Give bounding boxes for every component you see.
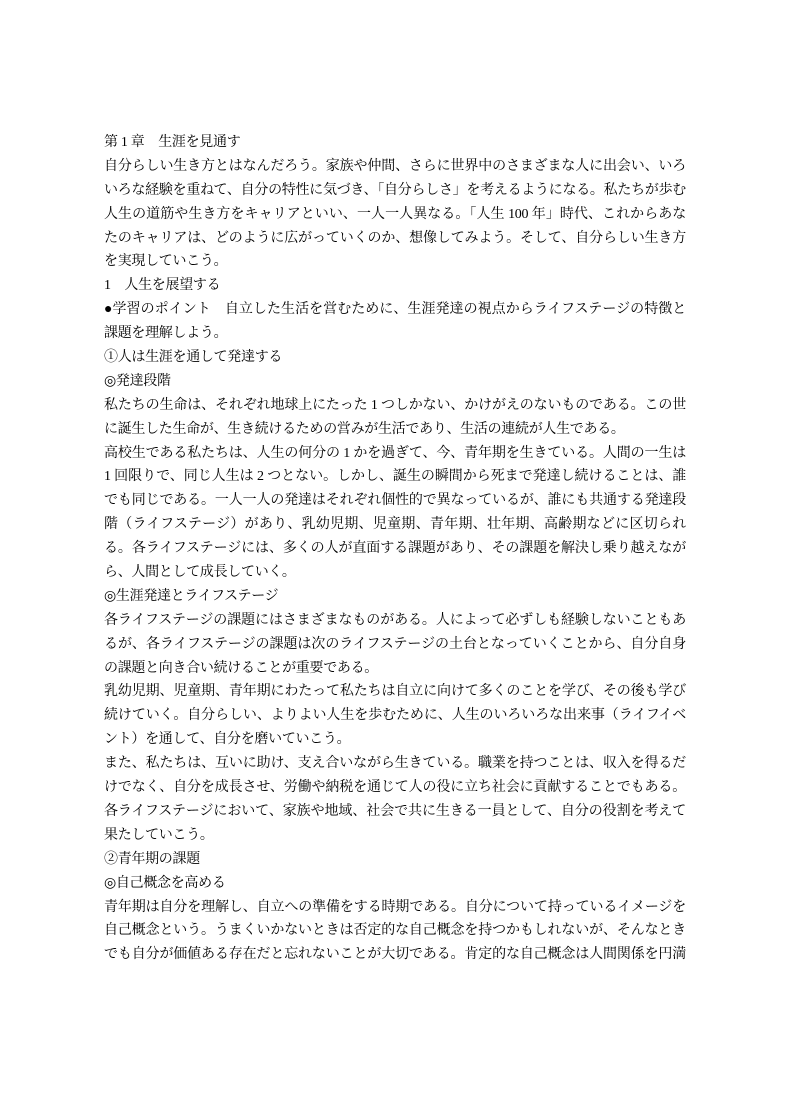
subsection-heading-1: ①人は生涯を通して発達する — [104, 346, 686, 370]
self-concept-paragraph: 青年期は自分を理解し、自立への準備をする時期である。自分について持っているイメー… — [104, 896, 686, 968]
text-line: ント）を通して、自分を磨いていこう。 — [104, 728, 686, 752]
life-paragraph: 私たちの生命は、それぞれ地球上にたった 1 つしかない、かけがえのないものである… — [104, 394, 686, 442]
topic-heading-self-concept: ◎自己概念を高める — [104, 872, 686, 896]
learning-point-paragraph: ●学習のポイント 自立した生活を営むために、生涯発達の視点からライフステージの特… — [104, 298, 686, 346]
topic-heading-development-stages: ◎発達段階 — [104, 370, 686, 394]
text-line: 1 回限りで、同じ人生は 2 つとない。しかし、誕生の瞬間から死まで発達し続ける… — [104, 465, 686, 489]
topic-heading-lifelong-development: ◎生涯発達とライフステージ — [104, 585, 686, 609]
text-line: 青年期は自分を理解し、自立への準備をする時期である。自分について持っているイメー… — [104, 896, 686, 920]
intro-paragraph: 自分らしい生き方とはなんだろう。家族や仲間、さらに世界中のさまざまな人に出会い、… — [104, 155, 686, 274]
text-line: ら、人間として成長していく。 — [104, 561, 686, 585]
text-line: ●学習のポイント 自立した生活を営むために、生涯発達の視点からライフステージの特… — [104, 298, 686, 322]
text-line: 課題を理解しよう。 — [104, 322, 686, 346]
text-line: 各ライフステージの課題にはさまざまなものがある。人によって必ずしも経験しないこと… — [104, 609, 686, 633]
life-events-paragraph: 乳幼児期、児童期、青年期にわたって私たちは自立に向けて多くのことを学び、その後も… — [104, 680, 686, 752]
text-line: 私たちの生命は、それぞれ地球上にたった 1 つしかない、かけがえのないものである… — [104, 394, 686, 418]
document-page: 第 1 章 生涯を見通す自分らしい生き方とはなんだろう。家族や仲間、さらに世界中… — [0, 0, 790, 1117]
text-line: また、私たちは、互いに助け、支え合いながら生きている。職業を持つことは、収入を得… — [104, 752, 686, 776]
text-line: ◎発達段階 — [104, 370, 686, 394]
text-line: ①人は生涯を通して発達する — [104, 346, 686, 370]
text-line: 第 1 章 生涯を見通す — [104, 131, 686, 155]
text-line: 果たしていこう。 — [104, 824, 686, 848]
society-role-paragraph: また、私たちは、互いに助け、支え合いながら生きている。職業を持つことは、収入を得… — [104, 752, 686, 848]
text-line: 自分らしい生き方とはなんだろう。家族や仲間、さらに世界中のさまざまな人に出会い、… — [104, 155, 686, 179]
text-line: ②青年期の課題 — [104, 848, 686, 872]
text-line: でも同じである。一人一人の発達はそれぞれ個性的で異なっているが、誰にも共通する発… — [104, 489, 686, 513]
development-paragraph: 高校生である私たちは、人生の何分の 1 かを過ぎて、今、青年期を生きている。人間… — [104, 442, 686, 585]
lifestage-tasks-paragraph: 各ライフステージの課題にはさまざまなものがある。人によって必ずしも経験しないこと… — [104, 609, 686, 681]
text-line: 乳幼児期、児童期、青年期にわたって私たちは自立に向けて多くのことを学び、その後も… — [104, 680, 686, 704]
text-line: でも自分が価値ある存在だと忘れないことが大切である。肯定的な自己概念は人間関係を… — [104, 943, 686, 967]
text-line: 1 人生を展望する — [104, 274, 686, 298]
text-line: いろな経験を重ねて、自分の特性に気づき、「自分らしさ」を考えるようになる。私たち… — [104, 179, 686, 203]
text-line: けでなく、自分を成長させ、労働や納税を通じて人の役に立ち社会に貢献することでもあ… — [104, 776, 686, 800]
text-line: ◎生涯発達とライフステージ — [104, 585, 686, 609]
text-line: 人生の道筋や生き方をキャリアといい、一人一人異なる。「人生 100 年」時代、こ… — [104, 203, 686, 227]
text-line: る。各ライフステージには、多くの人が直面する課題があり、その課題を解決し乗り越え… — [104, 537, 686, 561]
section-heading: 1 人生を展望する — [104, 274, 686, 298]
text-line: たのキャリアは、どのように広がっていくのか、想像してみよう。そして、自分らしい生… — [104, 227, 686, 251]
text-line: 自己概念という。うまくいかないときは否定的な自己概念を持つかもしれないが、そんな… — [104, 919, 686, 943]
text-line: るが、各ライフステージの課題は次のライフステージの土台となっていくことから、自分… — [104, 633, 686, 657]
text-line: の課題と向き合い続けることが重要である。 — [104, 657, 686, 681]
text-column: 第 1 章 生涯を見通す自分らしい生き方とはなんだろう。家族や仲間、さらに世界中… — [104, 131, 686, 967]
text-line: ◎自己概念を高める — [104, 872, 686, 896]
text-line: 高校生である私たちは、人生の何分の 1 かを過ぎて、今、青年期を生きている。人間… — [104, 442, 686, 466]
subsection-heading-2: ②青年期の課題 — [104, 848, 686, 872]
text-line: に誕生した生命が、生き続けるための営みが生活であり、生活の連続が人生である。 — [104, 418, 686, 442]
text-line: 階（ライフステージ）があり、乳幼児期、児童期、青年期、壮年期、高齢期などに区切ら… — [104, 513, 686, 537]
text-line: を実現していこう。 — [104, 250, 686, 274]
chapter-heading: 第 1 章 生涯を見通す — [104, 131, 686, 155]
text-line: 続けていく。自分らしい、よりよい人生を歩むために、人生のいろいろな出来事（ライフ… — [104, 704, 686, 728]
text-line: 各ライフステージにおいて、家族や地域、社会で共に生きる一員として、自分の役割を考… — [104, 800, 686, 824]
